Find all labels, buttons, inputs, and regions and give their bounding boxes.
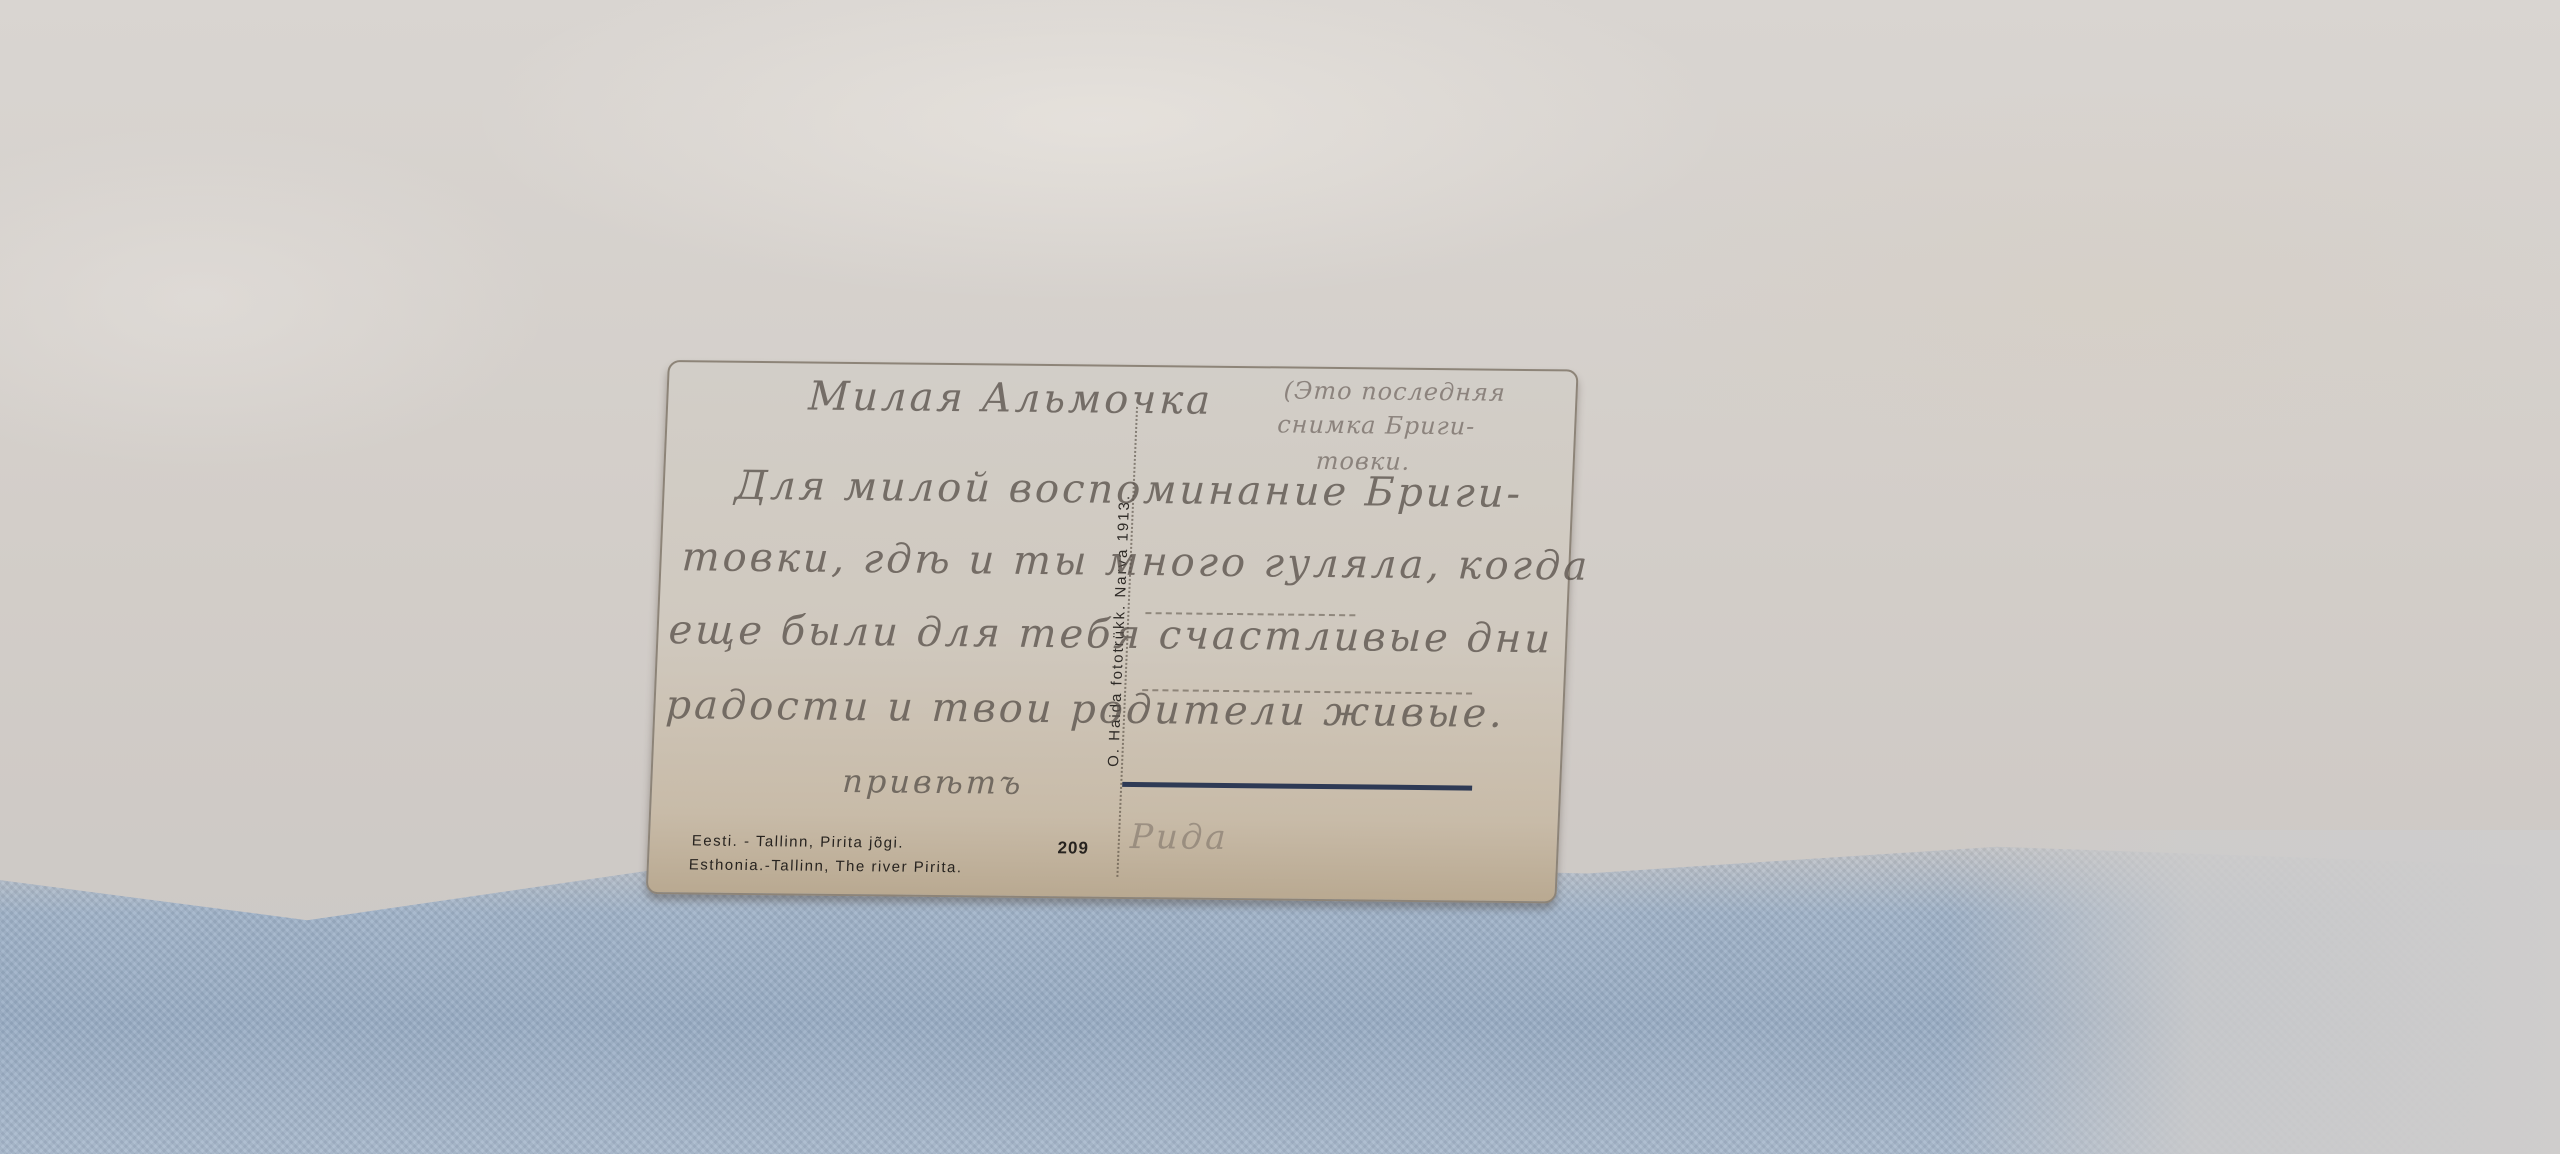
postcard: O. Haida fototrükk. Narva 1913. Милая Ал… (646, 360, 1579, 904)
address-line-3 (1122, 782, 1472, 791)
handwritten-signature: Рида (1129, 817, 1229, 858)
handwritten-side-note-2: снимка Бриги- (1277, 410, 1476, 440)
caption-estonian: Eesti. - Tallinn, Pirita jõgi. (691, 832, 904, 851)
handwritten-side-note-1: (Это последняя (1283, 376, 1506, 406)
tablecloth-fade (1950, 830, 2560, 1154)
card-number: 209 (1057, 838, 1089, 858)
handwritten-body-line-1: Для милой воспоминание Бриги- (734, 463, 1524, 517)
handwritten-body-line-4: радости и твои родители живые. (665, 682, 1506, 737)
handwritten-closing: привѣтъ (842, 762, 1025, 802)
handwritten-salutation: Милая Альмочка (808, 373, 1214, 423)
handwritten-body-line-3: еще были для тебя счастливые дни (668, 607, 1554, 662)
handwritten-body-line-2: товки, гдѣ и ты много гуляла, когда (681, 534, 1591, 590)
caption-english: Esthonia.-Tallinn, The river Pirita. (688, 856, 962, 876)
